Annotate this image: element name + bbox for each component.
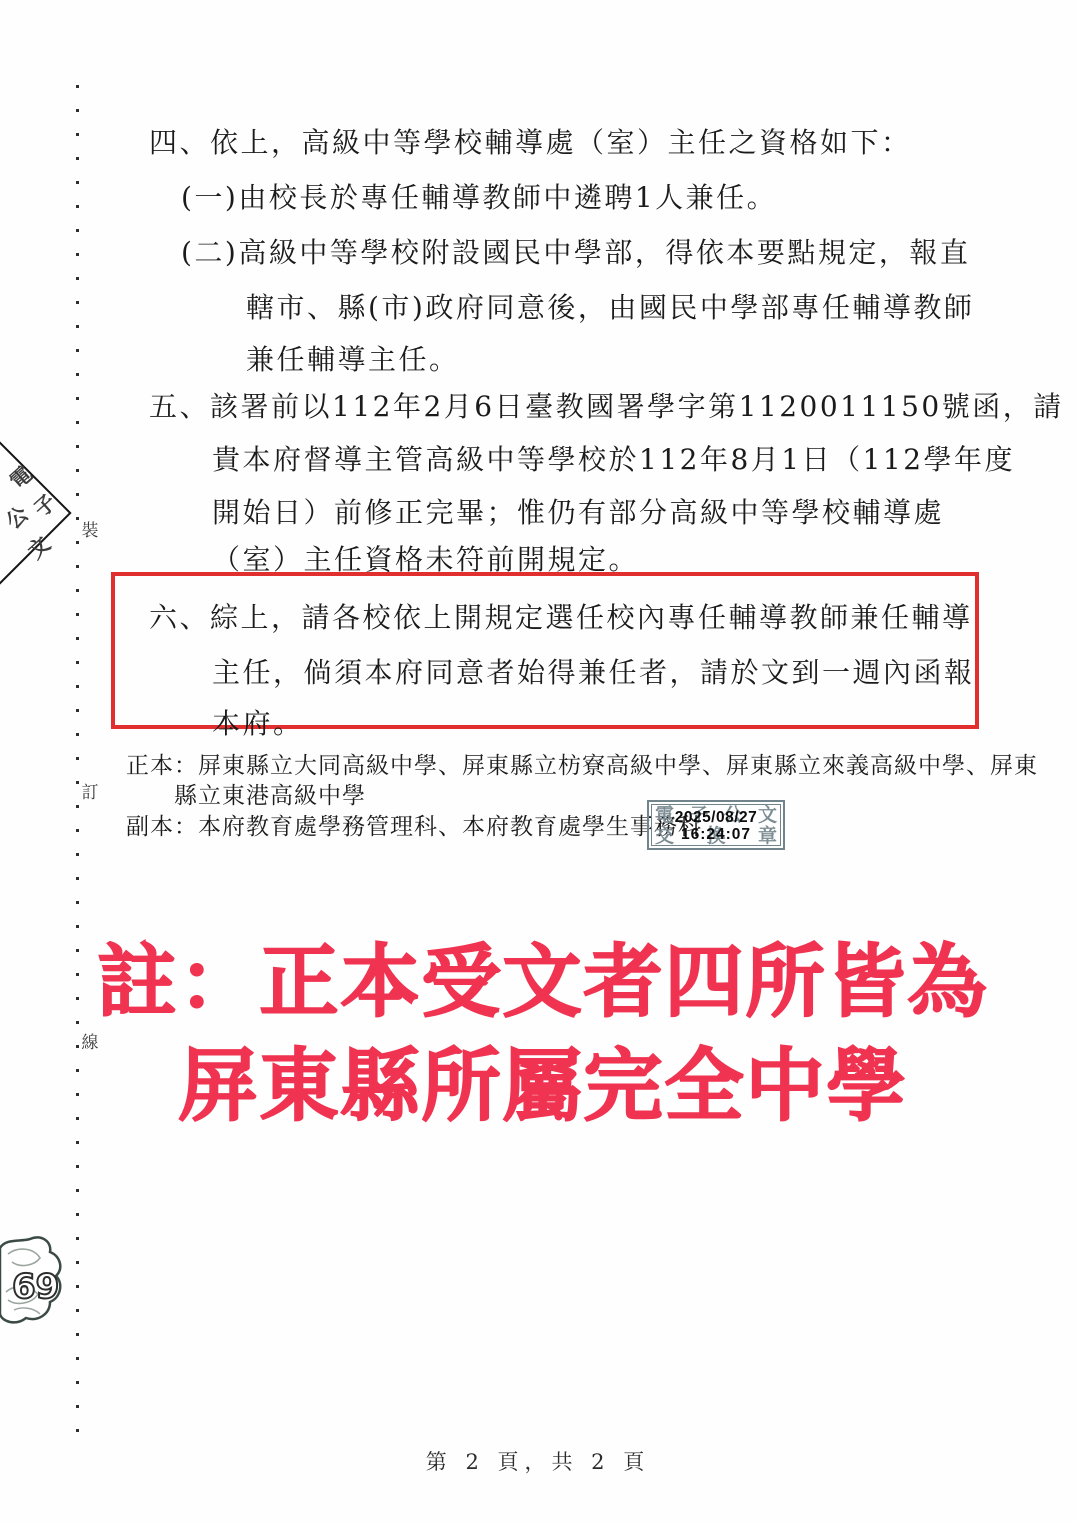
paragraph-six-line: 六、綜上，請各校依上開規定選任校內專任輔導教師兼任輔導 <box>149 596 973 636</box>
blob-stamp-number: 69 <box>12 1267 59 1307</box>
item-two-line: 兼任輔導主任。 <box>246 338 460 378</box>
blob-stamp-graphic: 69 <box>0 1236 70 1340</box>
copy-recipients-line: 副本：本府教育處學務管理科、本府教育處學生事務科 <box>126 808 702 841</box>
stamp-date: 2025/08/27 <box>652 809 780 826</box>
binding-dotted-line <box>76 85 79 1450</box>
binding-mark-zhuang: 裝 <box>79 516 101 541</box>
red-note-line-2: 屏東縣所屬完全中學 <box>48 1034 1038 1138</box>
original-recipients-line: 正本：屏東縣立大同高級中學、屏東縣立枋寮高級中學、屏東縣立來義高級中學、屏東 <box>126 747 1038 780</box>
red-annotation-note: 註：正本受文者四所皆為 屏東縣所屬完全中學 <box>48 930 1038 1138</box>
paragraph-five-line: 五、該署前以112年2月6日臺教國署學字第1120011150號函，請 <box>149 385 1064 425</box>
original-recipients-line: 縣立東港高級中學 <box>174 777 366 810</box>
red-note-line-1: 註：正本受文者四所皆為 <box>48 930 1038 1034</box>
item-two-line: 轄市、縣(市)政府同意後，由國民中學部專任輔導教師 <box>246 286 974 326</box>
item-one-line: (一)由校長於專任輔導教師中遴聘1人兼任。 <box>181 176 777 216</box>
paragraph-six-line: 本府。 <box>212 702 304 742</box>
stamp-datetime: 2025/08/27 16:24:07 <box>652 809 780 843</box>
electronic-exchange-stamp: 電 子 公 文 交 換 章 2025/08/27 16:24:07 <box>647 800 785 850</box>
binding-mark-ding: 訂 <box>79 778 101 803</box>
partial-seal-stamp: 電 子 公 文 <box>0 440 76 605</box>
paragraph-five-line: 貴本府督導主管高級中等學校於112年8月1日（112學年度 <box>212 438 1015 478</box>
item-two-line: (二)高級中等學校附設國民中學部，得依本要點規定，報直 <box>181 231 970 271</box>
stamp-inner-border: 電 子 公 文 交 換 章 2025/08/27 16:24:07 <box>651 804 781 846</box>
paragraph-five-line: 開始日）前修正完畢；惟仍有部分高級中等學校輔導處 <box>212 491 944 531</box>
page-number-blob-stamp: 69 <box>0 1236 70 1340</box>
paragraph-four-line: 四、依上，高級中等學校輔導處（室）主任之資格如下： <box>149 121 912 161</box>
stamp-time: 16:24:07 <box>652 826 780 843</box>
paragraph-six-line: 主任，倘須本府同意者始得兼任者，請於文到一週內函報 <box>212 651 975 691</box>
document-page: 裝 訂 線 電 子 公 文 四、依上，高級中等學校輔導處（室）主任之資格如下： … <box>0 0 1076 1522</box>
page-footer: 第 2 頁，共 2 頁 <box>0 1446 1076 1476</box>
